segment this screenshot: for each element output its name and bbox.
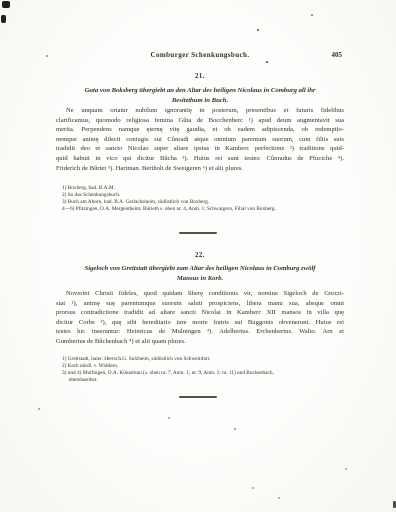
ink-speck xyxy=(2,1,10,8)
ink-speck xyxy=(311,14,313,16)
body-line: merita. Perpendens namque ęternę vitę ga… xyxy=(56,125,344,135)
ink-speck xyxy=(234,428,236,430)
ink-speck xyxy=(257,29,259,31)
entry-21-heading-line: Besitzthum in Buch. xyxy=(56,96,344,106)
ink-speck xyxy=(345,468,347,470)
entry-22-footnotes: 1) Grettstadt, baier. Herrsch.G. Sulzhei… xyxy=(56,356,344,384)
ink-speck xyxy=(1,15,6,23)
entry-21-body: Ne unquam oriatur nubilum ignorantię in … xyxy=(56,106,344,173)
body-line: prorsus contradictione tradidit ad altar… xyxy=(56,308,344,318)
ink-speck xyxy=(278,497,280,499)
section-divider xyxy=(179,396,217,398)
body-line: Ne unquam oriatur nubilum ignorantię in … xyxy=(56,106,344,116)
body-line: tradidit deo et sancto Nicolao super alt… xyxy=(56,144,344,154)
running-title: Comburger Schenkungsbuch. xyxy=(56,51,344,59)
body-line: Gumbertus de Bûchenbach ⁴) et alii quam … xyxy=(56,337,344,347)
entry-21-heading-line: Guta von Boksberg übergiebt an den Altar… xyxy=(56,86,344,96)
section-divider xyxy=(179,232,217,234)
body-line: quid habuit in vico qui dicitur Bûcha ³)… xyxy=(56,154,344,164)
ink-speck xyxy=(266,61,268,63)
entry-22-heading: Sigeloch von Grettstatt übergiebt zum Al… xyxy=(56,264,344,284)
page-header: Comburger Schenkungsbuch. 405 xyxy=(56,51,344,61)
entry-21-number: 21. xyxy=(56,73,344,80)
entry-22-heading-line: Mansus in Korb. xyxy=(56,274,344,284)
body-line: dicitur Corbe ²), quę sibi hereditario i… xyxy=(56,318,344,328)
entry-22-heading-line: Sigeloch von Grettstatt übergiebt zum Al… xyxy=(56,264,344,274)
entry-22-body: Noverint Christi fideles, quod quidam li… xyxy=(56,289,344,347)
ink-speck xyxy=(38,408,40,410)
footnote-line: 4—6) Pfitzingen, O.A. Mergentheim; Bürie… xyxy=(56,206,344,213)
body-line: stat ¹), animę suę parentumque suorum sa… xyxy=(56,299,344,309)
scanned-book-page: Comburger Schenkungsbuch. 405 21. Guta v… xyxy=(0,0,396,512)
ink-speck xyxy=(252,487,254,489)
body-line: testes hic inseruntur: Heinricus de Muln… xyxy=(56,327,344,337)
entry-22-number: 22. xyxy=(56,252,344,259)
body-line: clarificamus, quomodo religiosa femina G… xyxy=(56,116,344,126)
body-line: Noverint Christi fideles, quod quidam li… xyxy=(56,289,344,299)
body-line: nemque animę dilecti coniugis sui Cûnrad… xyxy=(56,135,344,145)
entry-21-footnotes: 1) Boxberg, bad. B.A.M. 2) So das Schenk… xyxy=(56,185,344,213)
entry-21-heading: Guta von Boksberg übergiebt an den Altar… xyxy=(56,86,344,106)
footnote-line: ebendaselbst. xyxy=(56,377,344,384)
footnote-line: 3) und 4) Mulfingen, O.A. Künzelsau (s. … xyxy=(56,370,344,377)
ink-speck xyxy=(168,417,170,419)
page-number: 405 xyxy=(332,51,343,59)
ink-speck xyxy=(46,55,48,57)
body-line: Friderich de Bûriet ⁵). Hartman. Berthol… xyxy=(56,164,344,174)
